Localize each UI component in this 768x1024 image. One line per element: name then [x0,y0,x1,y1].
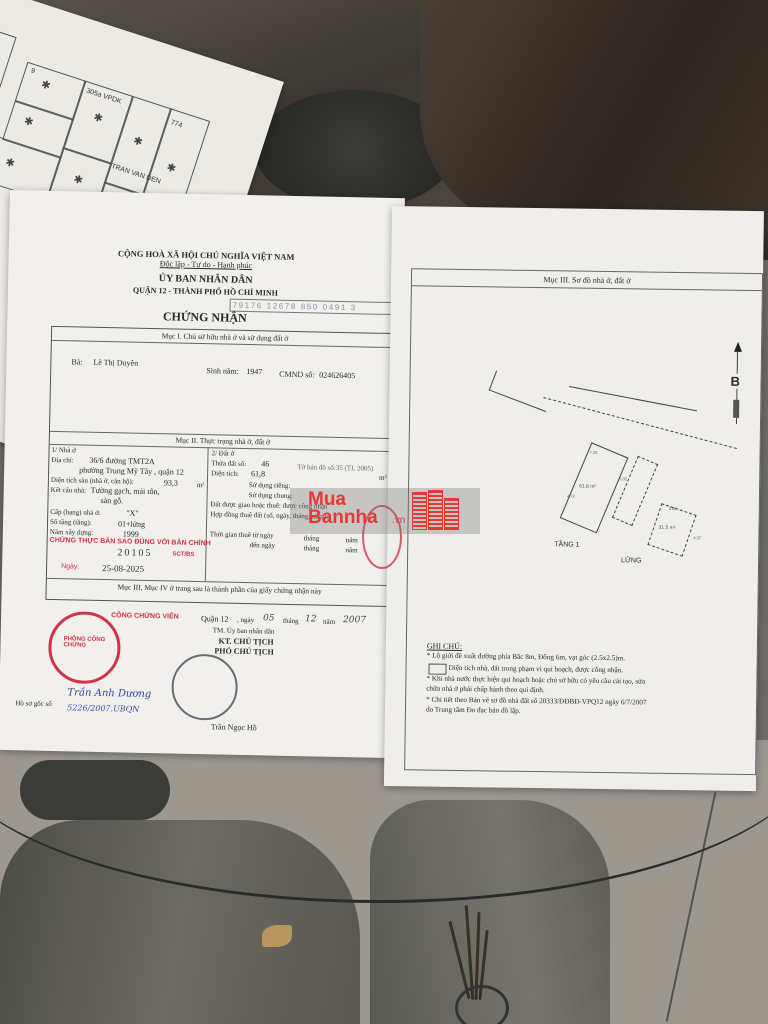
floor-area: 93,3 [164,478,178,487]
structure-line-1: Tường gạch, mái tôn, [91,486,160,496]
north-label: B [730,374,740,389]
parcel-label: Thửa đất số: [211,459,246,468]
signatory-role-1: KT. CHỦ TỊCH [219,636,274,646]
north-arrow-icon: B [730,344,745,424]
file-label: Hồ sơ gốc số [15,699,52,708]
dimension-label: 4.72 [567,493,575,498]
parcel-number: 46 [261,459,269,468]
watermark-line-2: Bannha [308,508,378,528]
road-boundary [543,397,737,450]
copy-stamp-date-label: Ngày: [61,563,79,570]
building-logo-icon [428,490,443,530]
notes-title: GHI CHÚ: [427,642,462,651]
mezzanine-label: LỬNG [621,557,641,564]
left-leg-jeans [0,820,360,1024]
key-ring-icon [455,985,509,1024]
issue-month-label: tháng [283,617,299,625]
mua-ban-nha-watermark: Mua Bannha .vn [290,488,480,534]
shoe [20,760,170,820]
floors-label: Số tầng (tầng): [50,518,92,527]
neighbor-lot [569,360,702,411]
notary-seal-icon: PHÒNG CÔNG CHỨNG [48,611,121,684]
owner-honorific: Bà: [71,357,82,366]
signatory-on-behalf: TM. Ủy ban nhân dân [213,626,275,635]
structure-label: Kết cấu nhà: [51,486,87,495]
land-area: 61,8 [251,469,265,478]
copy-stamp-book: SCT/BS [172,551,194,557]
note-line: Diện tích nhà, đất trong phạm vi qui hoạ… [449,664,624,674]
id-number: 024626405 [319,371,355,381]
land-area-unit: m² [379,474,387,482]
lease-from-label: Thời gian thuê từ ngày [210,530,274,539]
note-line: * Lộ giới đề xuất đường phía Bắc 8m, Đôn… [427,652,625,663]
floor-area-unit: m² [197,481,205,489]
certificate-frame: Mục I. Chủ sở hữu nhà ở và sử dụng đất ở… [45,326,399,607]
file-number: 5226/2007.UBQN [67,703,139,714]
issue-day-label: , ngày [237,616,254,624]
id-label: CMND số: [279,370,315,380]
notary-signature: Trần Anh Dương [67,687,151,700]
copy-certified-stamp: CHỨNG THỰC BẢN SAO ĐÚNG VỚI BẢN CHÍNH [50,537,211,547]
lease-to-month: tháng [303,544,319,552]
structure-line-2: sàn gỗ. [100,496,123,505]
issue-year-label: năm [323,618,335,626]
floor1-area-label: 61.8 m² [579,484,596,490]
lease-to-label: đến ngày [250,541,276,550]
official-seal-icon [171,654,238,721]
note-line: * Khi nhà nước thực hiện qui hoạch hoặc … [426,675,645,686]
land-area-label: Diện tích: [211,469,239,478]
building-logo-icon [444,498,459,530]
dimension-label: 3.80 [669,506,677,511]
legend-box-icon [428,664,446,675]
year-built: 1999 [123,529,139,538]
certificate-page-1: CỘNG HOÀ XÃ HỘI CHỦ NGHĨA VIỆT NAM Độc l… [0,190,405,758]
note-line: chữa nhà ở phải chấp hành theo qui định. [426,685,545,695]
map-sheet-number: Tờ bản đồ số:35 (TL 2005) [297,463,373,473]
year-built-label: Năm xây dựng: [50,528,94,537]
copy-stamp-number: 20105 [117,547,152,559]
signatory-role-2: PHÓ CHỦ TỊCH [214,646,274,656]
house-grade: "X" [126,509,138,518]
note-line: * Chi tiết theo Bản vẽ sơ đồ nhà đất số … [426,696,647,707]
floors-value: 01+lửng [118,519,145,529]
signatory-name: Trần Ngọc Hồ [211,722,257,732]
watermark-suffix: .vn [392,515,405,526]
issue-month: 12 [305,614,317,624]
owner-name: Lê Thị Duyên [93,358,138,368]
lease-from-month: tháng [304,534,320,542]
building-logo-icon [412,492,427,530]
dimension-label: 4.37 [693,535,701,540]
dry-leaf [262,925,292,947]
issue-place: Quận 12 [201,614,229,624]
grade-label: Cấp (hạng) nhà ở: [50,508,101,517]
issue-year: 2007 [343,615,366,625]
copy-stamp-date: 25-08-2025 [102,563,144,574]
address-line-1: 36/6 đường TMT2A [89,456,154,466]
tree-trunk [420,0,768,230]
address-line-2: phường Trung Mỹ Tây , quận 12 [79,466,184,477]
mezz-area-label: 31.5 m² [658,525,675,531]
dimension-label: 5.32 [619,476,627,481]
lease-to-year: năm [345,546,357,554]
land-heading: 2/ Đất ở [211,449,234,457]
house-heading: 1/ Nhà ở [51,446,75,455]
notary-header: CÔNG CHỨNG VIÊN [111,612,179,620]
notary-seal-text: PHÒNG CÔNG CHỨNG [63,636,117,649]
private-use-label: Sử dụng riêng: [249,481,291,490]
address-label: Địa chỉ: [51,456,74,464]
floor1-label: TẦNG 1 [554,541,579,548]
birth-year: 1947 [246,367,262,376]
birth-year-label: Sinh năm: [206,366,239,376]
issue-day: 05 [263,613,275,623]
dimension-label: 7.26 [590,450,598,455]
floor-area-label: Diện tích sàn (nhà ở, căn hộ): [51,476,134,486]
shared-use-label: Sử dụng chung: [249,491,293,500]
lease-from-year: năm [346,536,358,544]
note-line: do Trung tâm Đo đạc bản đồ lập. [426,706,521,715]
neighbor-lot [489,371,553,412]
